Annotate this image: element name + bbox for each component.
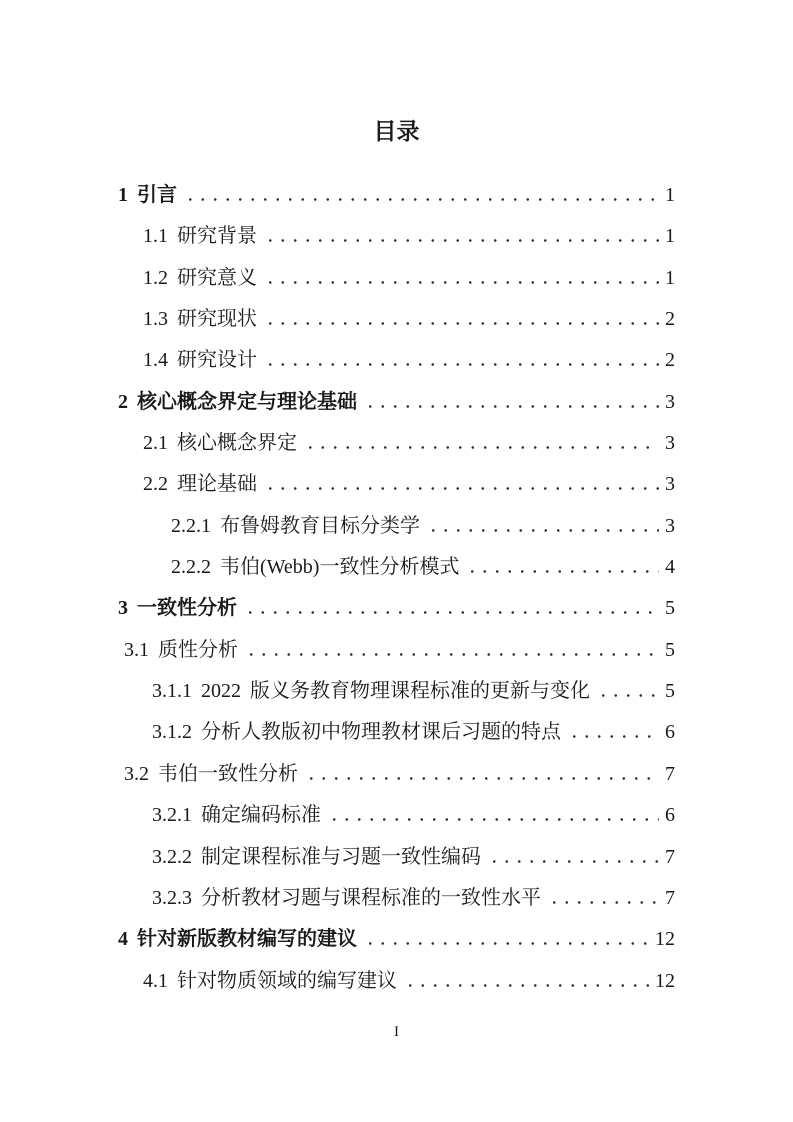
toc-entry-label: 2.1 核心概念界定 [143,423,297,464]
toc-entry-page-number: 6 [665,795,675,836]
toc-entry-label: 1.3 研究现状 [143,299,257,340]
toc-entry[interactable]: 3.1.1 2022 版义务教育物理课程标准的更新与变化5 [118,671,675,712]
toc-entry-label: 3.2.3 分析教材习题与课程标准的一致性水平 [152,878,541,919]
toc-entry-page-number: 1 [665,175,675,216]
toc-entry-page-number: 3 [665,382,675,423]
toc-entry[interactable]: 2.2.1 布鲁姆教育目标分类学3 [118,506,675,547]
toc-entry-page-number: 7 [665,754,675,795]
toc-entry-label: 2.2 理论基础 [143,464,257,505]
toc-entry-page-number: 5 [665,630,675,671]
toc-entry-page-number: 2 [665,340,675,381]
toc-entry-label: 3.2 韦伯一致性分析 [124,754,298,795]
toc-entry[interactable]: 1.3 研究现状2 [118,299,675,340]
toc-entry-label: 1.1 研究背景 [143,216,257,257]
dot-leader [264,487,659,490]
toc-entry-page-number: 3 [665,506,675,547]
toc-entry-page-number: 3 [665,464,675,505]
toc-entry[interactable]: 3.2 韦伯一致性分析7 [118,754,675,795]
dot-leader [264,281,659,284]
toc-entry-page-number: 2 [665,299,675,340]
toc-entry-label: 2.2.2 韦伯(Webb)一致性分析模式 [171,547,459,588]
dot-leader [328,818,659,821]
toc-entry-label: 4 针对新版教材编写的建议 [118,919,357,960]
dot-leader [427,529,659,532]
dot-leader [568,735,659,738]
toc-entry-page-number: 12 [655,919,675,960]
toc-entry-label: 3.1 质性分析 [124,630,238,671]
toc-entry-label: 3.2.2 制定课程标准与习题一致性编码 [152,837,481,878]
toc-entry[interactable]: 1.4 研究设计2 [118,340,675,381]
dot-leader [264,322,659,325]
dot-leader [264,363,659,366]
toc-entry-label: 1.4 研究设计 [143,340,257,381]
dot-leader [245,653,659,656]
toc-entry-page-number: 1 [665,258,675,299]
toc-entry-label: 1.2 研究意义 [143,258,257,299]
toc-entry-page-number: 5 [665,671,675,712]
toc-entry-label: 2.2.1 布鲁姆教育目标分类学 [171,506,420,547]
dot-leader [404,984,649,987]
document-page: 目录 1 引言11.1 研究背景11.2 研究意义11.3 研究现状21.4 研… [0,0,793,1122]
dot-leader [466,570,659,573]
dot-leader [548,901,659,904]
toc-entry-page-number: 4 [665,547,675,588]
toc-entry-page-number: 12 [655,961,675,1002]
toc-entry[interactable]: 4.1 针对物质领域的编写建议12 [118,961,675,1002]
toc-entry-page-number: 3 [665,423,675,464]
toc-entry-label: 3.1.2 分析人教版初中物理教材课后习题的特点 [152,712,561,753]
toc-entry[interactable]: 3.2.1 确定编码标准6 [118,795,675,836]
toc-entry-page-number: 6 [665,712,675,753]
toc-entry-label: 3.2.1 确定编码标准 [152,795,321,836]
page-number-footer: I [0,1022,793,1042]
toc-entry-page-number: 7 [665,878,675,919]
dot-leader [364,405,659,408]
toc-entry-label: 3 一致性分析 [118,588,237,629]
toc-entry-page-number: 1 [665,216,675,257]
toc-entry[interactable]: 1.2 研究意义1 [118,258,675,299]
dot-leader [488,860,659,863]
toc-entry[interactable]: 3.2.2 制定课程标准与习题一致性编码7 [118,837,675,878]
toc-entry[interactable]: 3.1.2 分析人教版初中物理教材课后习题的特点6 [118,712,675,753]
toc-entry[interactable]: 2.2.2 韦伯(Webb)一致性分析模式4 [118,547,675,588]
toc-entry[interactable]: 2 核心概念界定与理论基础3 [118,382,675,423]
dot-leader [364,942,649,945]
dot-leader [597,694,659,697]
toc-entry[interactable]: 1 引言1 [118,175,675,216]
toc-entry[interactable]: 2.1 核心概念界定3 [118,423,675,464]
toc-entry[interactable]: 3.2.3 分析教材习题与课程标准的一致性水平7 [118,878,675,919]
dot-leader [264,239,659,242]
toc-entry-page-number: 5 [665,588,675,629]
toc-entry-label: 3.1.1 2022 版义务教育物理课程标准的更新与变化 [152,671,590,712]
toc-entry[interactable]: 3.1 质性分析5 [118,630,675,671]
toc-entry-label: 1 引言 [118,175,177,216]
toc-list: 1 引言11.1 研究背景11.2 研究意义11.3 研究现状21.4 研究设计… [118,175,675,1002]
dot-leader [184,198,659,201]
toc-entry[interactable]: 2.2 理论基础3 [118,464,675,505]
toc-entry-label: 4.1 针对物质领域的编写建议 [143,961,397,1002]
toc-entry-label: 2 核心概念界定与理论基础 [118,382,357,423]
toc-entry-page-number: 7 [665,837,675,878]
toc-entry[interactable]: 3 一致性分析5 [118,588,675,629]
toc-entry[interactable]: 4 针对新版教材编写的建议12 [118,919,675,960]
toc-title: 目录 [0,118,793,146]
dot-leader [244,611,659,614]
dot-leader [305,777,659,780]
toc-entry[interactable]: 1.1 研究背景1 [118,216,675,257]
dot-leader [304,446,659,449]
